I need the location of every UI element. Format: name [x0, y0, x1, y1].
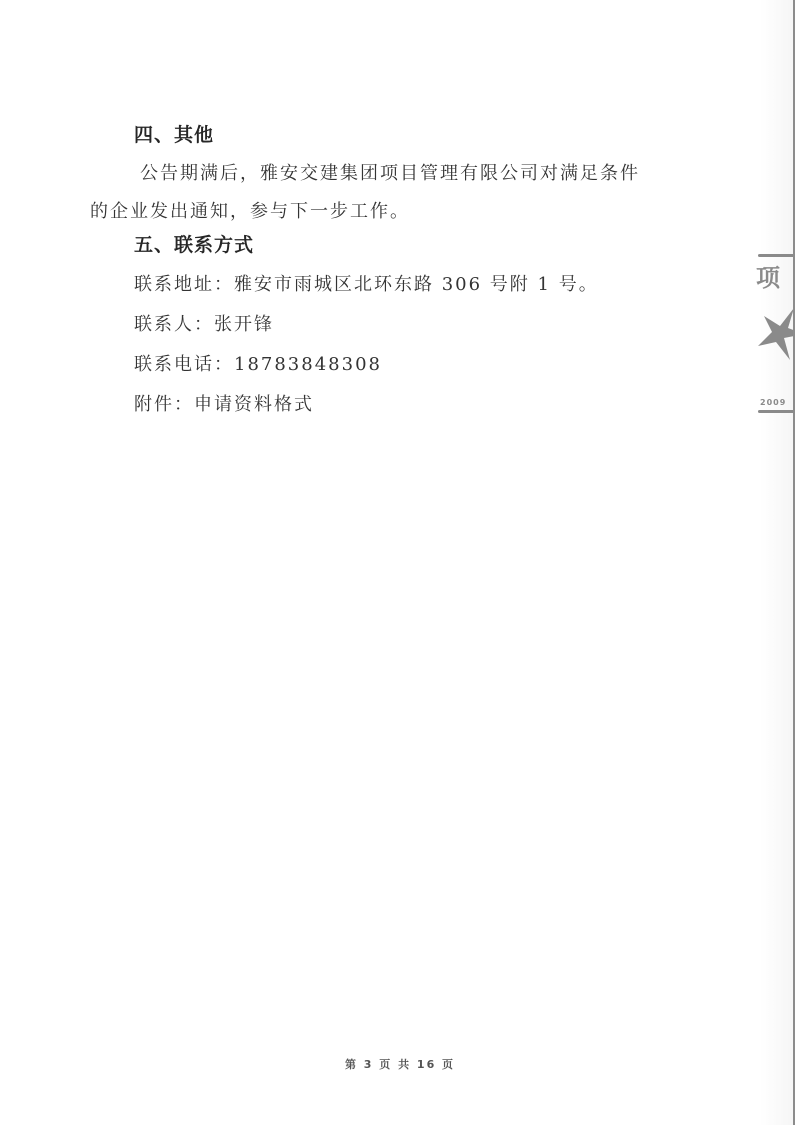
contact-person: 联系人：张开锋 [134, 314, 274, 336]
seal-stamp: 项 2009 [752, 250, 793, 425]
paragraph-line: 公告期满后，雅安交建集团项目管理有限公司对满足条件 [140, 163, 640, 185]
section-heading-contact: 五、联系方式 [134, 234, 254, 256]
page-edge-border [793, 0, 795, 1125]
attachment-note: 附件：申请资料格式 [134, 394, 314, 416]
stamp-text: 项 [756, 258, 778, 293]
page-number-footer: 第 3 页 共 16 页 [0, 1056, 800, 1072]
document-page: 四、其他 公告期满后，雅安交建集团项目管理有限公司对满足条件 的企业发出通知，参… [0, 0, 800, 1125]
page-edge-shadow [760, 0, 793, 1125]
star-icon [758, 308, 793, 360]
stamp-arc [758, 254, 793, 257]
paragraph-line: 的企业发出通知，参与下一步工作。 [90, 201, 410, 223]
stamp-number: 2009 [760, 398, 786, 407]
contact-address: 联系地址：雅安市雨城区北环东路 306 号附 1 号。 [134, 274, 599, 296]
stamp-arc [758, 410, 793, 413]
contact-phone: 联系电话：18783848308 [134, 354, 382, 376]
section-heading-other: 四、其他 [134, 124, 214, 146]
